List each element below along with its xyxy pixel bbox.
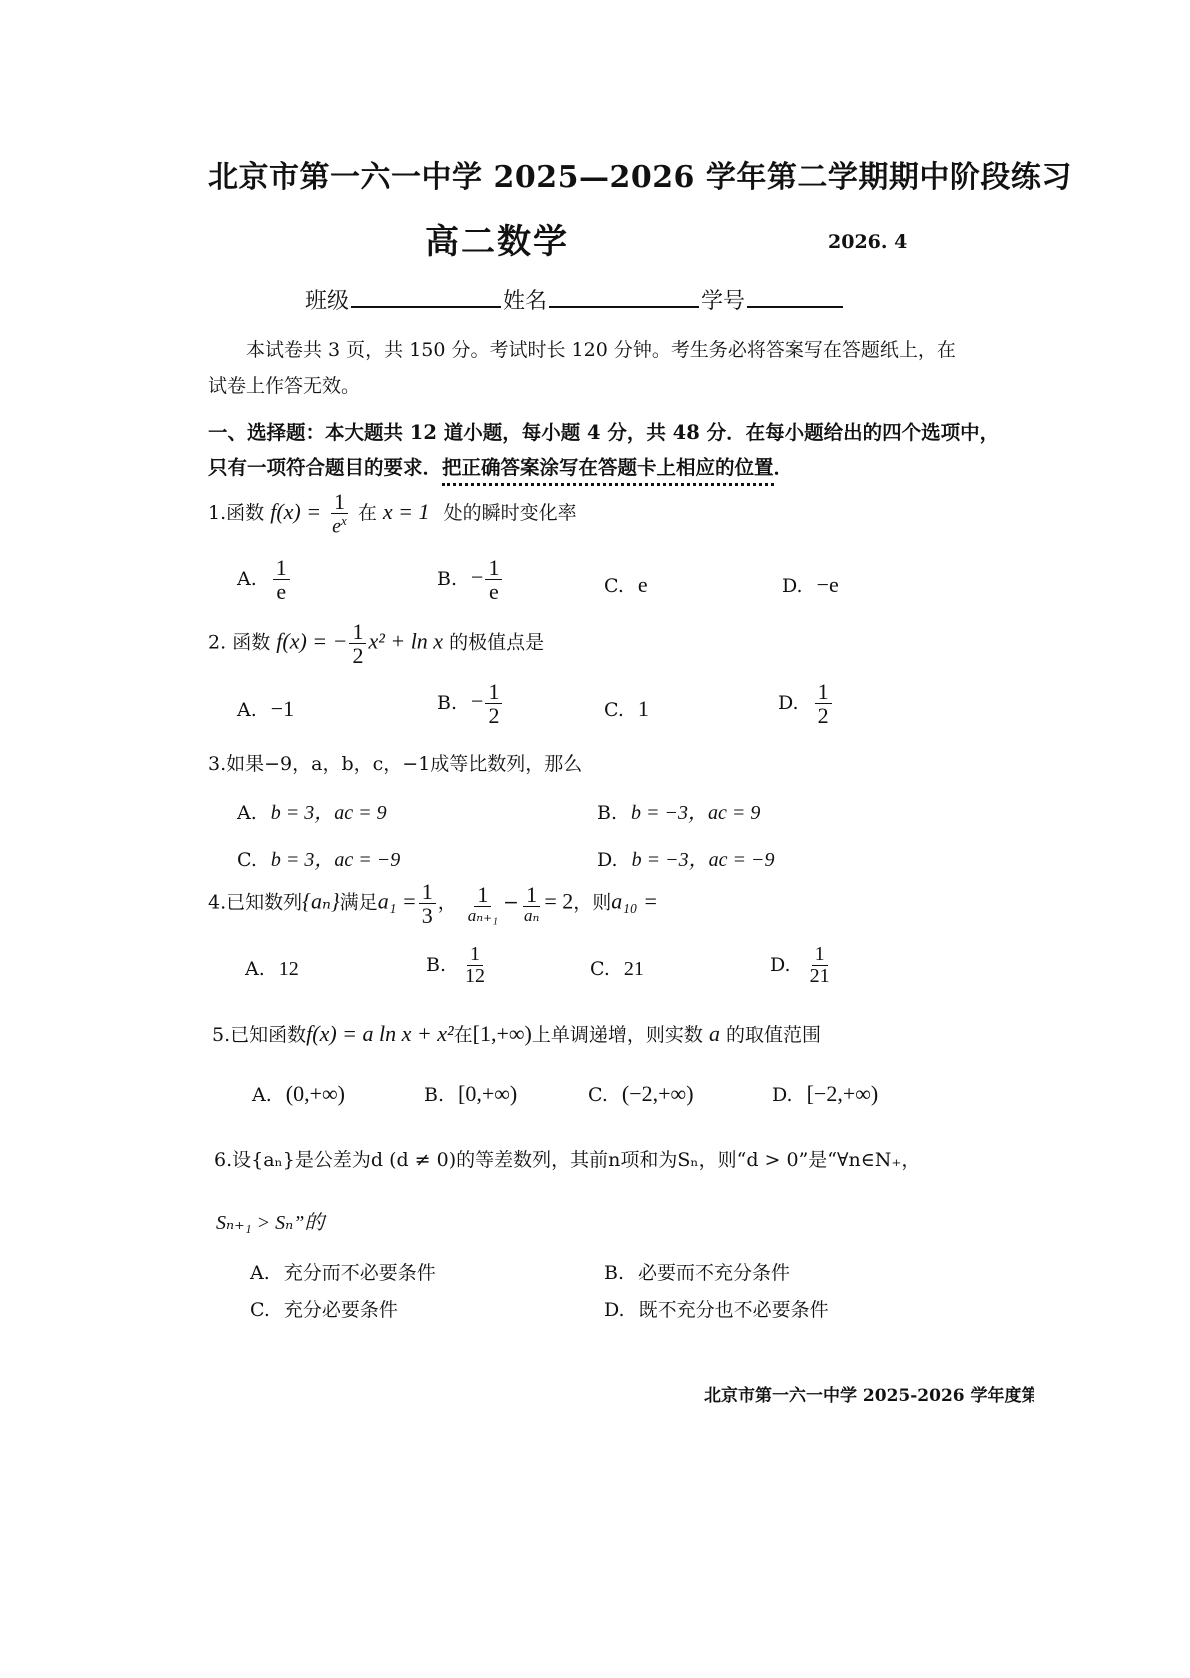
question-1-option-a[interactable]: A.1e: [237, 556, 292, 603]
question-6-stem-line-1: 6.设{aₙ}是公差为d (d ≠ 0)的等差数列，其前n项和为Sₙ，则“d >…: [214, 1145, 920, 1172]
question-3-stem: 3.如果−9，a，b，c，−1成等比数列，那么: [208, 749, 582, 776]
option-label: C.: [250, 1299, 270, 1321]
instructions-line-1: 本试卷共 3 页，共 150 分。考试时长 120 分钟。考生务必将答案写在答题…: [246, 335, 956, 362]
option-label: A.: [245, 958, 265, 980]
question-5-option-b[interactable]: B.[0,+∞): [424, 1081, 517, 1107]
question-1-option-c[interactable]: C.e: [604, 572, 648, 598]
equation: = 2: [544, 889, 573, 914]
question-4-stem: 4.已知数列{aₙ}满足a₁ =13， 1aₙ₊₁−1aₙ= 2，则a₁₀ =: [208, 880, 658, 927]
question-4-option-d[interactable]: D.121: [770, 944, 835, 987]
question-3-option-c[interactable]: C.b = 3，ac = −9: [237, 843, 400, 872]
section-1-period: ．: [774, 456, 794, 479]
class-label: 班级: [305, 289, 349, 314]
question-2-stem: 2. 函数 f(x) = −12x² + ln x 的极值点是: [208, 620, 544, 667]
option-value: b = −3，ac = −9: [632, 849, 775, 871]
option-value: 21: [624, 958, 644, 980]
stem-text: 如果−9，a，b，c，−1成等比数列，那么: [226, 753, 582, 775]
student-info-fields: 班级姓名学号: [305, 284, 845, 315]
fraction: 1aₙ: [521, 883, 542, 925]
fraction: 112: [462, 944, 488, 987]
question-6-option-c[interactable]: C.充分必要条件: [250, 1295, 398, 1322]
option-label: B.: [597, 802, 617, 824]
question-5-option-a[interactable]: A.(0,+∞): [252, 1081, 345, 1107]
option-value: 1: [638, 696, 649, 721]
question-6-option-a[interactable]: A.充分而不必要条件: [250, 1258, 436, 1285]
option-label: C.: [590, 958, 610, 980]
option-value: 12: [279, 958, 299, 980]
option-label: B.: [604, 1262, 624, 1284]
fraction: 1ex: [329, 490, 350, 538]
question-5-stem: 5.已知函数f(x) = a ln x + x²在[1,+∞)上单调递增，则实数…: [212, 1020, 821, 1047]
question-number: 6.: [214, 1149, 232, 1171]
question-3-option-d[interactable]: D.b = −3，ac = −9: [597, 843, 774, 872]
option-value: (0,+∞): [286, 1081, 345, 1106]
fraction: 13: [419, 880, 436, 927]
stem-text: Sₙ₊₁ > Sₙ”的: [216, 1212, 324, 1234]
question-2-option-d[interactable]: D.12: [778, 680, 834, 727]
question-6-option-d[interactable]: D.既不充分也不必要条件: [604, 1295, 829, 1322]
question-number: 2.: [208, 632, 226, 654]
stem-text: 已知函数: [230, 1024, 306, 1046]
option-label: C.: [237, 849, 257, 871]
option-label: D.: [597, 849, 618, 871]
option-label: D.: [772, 1084, 793, 1106]
question-6-stem-line-2: Sₙ₊₁ > Sₙ”的: [216, 1206, 324, 1235]
subject-title: 高二数学: [425, 214, 569, 263]
stem-text: 满足: [340, 892, 378, 914]
variable: a: [709, 1021, 720, 1046]
option-label: A.: [237, 568, 257, 590]
option-label: C.: [588, 1084, 608, 1106]
option-label: D.: [782, 575, 803, 597]
option-label: C.: [604, 699, 624, 721]
minus-sign: −: [471, 565, 483, 590]
id-label: 学号: [701, 289, 745, 314]
instructions-line-2: 试卷上作答无效。: [208, 371, 360, 398]
option-value: −e: [817, 572, 839, 597]
exam-date: 2026. 4: [828, 231, 907, 253]
option-value: −1: [271, 696, 294, 721]
question-3-option-a[interactable]: A.b = 3，ac = 9: [237, 796, 387, 825]
option-label: D.: [778, 692, 799, 714]
page-footer: 北京市第一六一中学 2025-2026 学年度第二学期: [704, 1381, 1034, 1406]
option-value: 必要而不充分条件: [638, 1262, 790, 1284]
stem-text: 函数: [232, 632, 270, 654]
stem-text: 上单调递增，则实数: [532, 1024, 703, 1046]
stem-text: 处的瞬时变化率: [444, 502, 577, 524]
question-number: 3.: [208, 753, 226, 775]
stem-text: 已知数列: [226, 892, 302, 914]
option-label: B.: [424, 1084, 444, 1106]
option-value: e: [638, 572, 648, 597]
option-label: B.: [426, 954, 446, 976]
option-value: 充分而不必要条件: [284, 1262, 436, 1284]
function-expr: f(x) = a ln x + x²: [306, 1021, 453, 1046]
option-label: C.: [604, 575, 624, 597]
option-label: B.: [437, 692, 457, 714]
option-value: 充分必要条件: [284, 1299, 398, 1321]
fraction: 12: [815, 680, 832, 727]
option-value: (−2,+∞): [622, 1081, 694, 1106]
name-label: 姓名: [503, 289, 547, 314]
stem-text: 的极值点是: [449, 632, 544, 654]
option-value: b = 3，ac = −9: [271, 849, 400, 871]
question-4-option-a[interactable]: A.12: [245, 958, 299, 981]
question-number: 4.: [208, 892, 226, 914]
stem-text: 函数: [226, 502, 264, 524]
section-1-emphasis: 把正确答案涂写在答题卡上相应的位置: [442, 456, 774, 486]
fraction: 1e: [485, 556, 502, 603]
initial-term: a₁ =: [378, 889, 417, 914]
option-value: [−2,+∞): [807, 1081, 879, 1106]
fraction: 12: [349, 620, 366, 667]
section-1-heading-line-2: 只有一项符合题目的要求．把正确答案涂写在答题卡上相应的位置．: [208, 452, 793, 480]
id-blank[interactable]: [747, 305, 843, 308]
class-blank[interactable]: [351, 305, 501, 308]
option-label: D.: [604, 1299, 625, 1321]
question-5-option-c[interactable]: C.(−2,+∞): [588, 1081, 694, 1107]
option-value: 既不充分也不必要条件: [639, 1299, 829, 1321]
stem-text: 在: [358, 502, 377, 524]
condition-expr: x = 1: [383, 499, 430, 524]
option-label: B.: [437, 568, 457, 590]
stem-text: ，则: [573, 892, 611, 914]
option-label: A.: [250, 1262, 270, 1284]
minus-sign: −: [471, 689, 483, 714]
question-3-option-b[interactable]: B.b = −3，ac = 9: [597, 796, 760, 825]
interval: [1,+∞): [473, 1021, 532, 1046]
option-label: A.: [252, 1084, 272, 1106]
stem-text: 设{aₙ}是公差为d (d ≠ 0)的等差数列，其前n项和为Sₙ，则“d > 0…: [232, 1149, 920, 1171]
option-value: b = −3，ac = 9: [631, 802, 760, 824]
stem-text: 的取值范围: [726, 1024, 821, 1046]
function-expr: f(x) = −: [276, 629, 347, 654]
section-1-requirement: 只有一项符合题目的要求．: [208, 456, 442, 479]
fraction: 1aₙ₊₁: [465, 883, 501, 925]
question-6-option-b[interactable]: B.必要而不充分条件: [604, 1258, 790, 1285]
option-label: A.: [237, 802, 257, 824]
function-expr: f(x) =: [270, 499, 321, 524]
exam-title: 北京市第一六一中学 2025—2026 学年第二学期期中阶段练习: [208, 152, 1072, 196]
stem-text: 在: [454, 1024, 473, 1046]
function-expr: x² + ln x: [368, 629, 443, 654]
question-5-option-d[interactable]: D.[−2,+∞): [772, 1081, 878, 1107]
question-number: 5.: [212, 1024, 230, 1046]
question-1-option-d[interactable]: D.−e: [782, 572, 839, 598]
question-1-stem: 1.函数 f(x) = 1ex 在 x = 1 处的瞬时变化率: [208, 490, 577, 538]
name-blank[interactable]: [549, 305, 699, 308]
question-number: 1.: [208, 502, 226, 524]
option-value: b = 3，ac = 9: [271, 802, 387, 824]
question-2-option-a[interactable]: A.−1: [237, 696, 294, 722]
option-label: D.: [770, 954, 791, 976]
fraction: 12: [485, 680, 502, 727]
question-4-option-b[interactable]: B.112: [426, 944, 490, 987]
question-2-option-b[interactable]: B.−12: [437, 680, 504, 727]
option-label: A.: [237, 699, 257, 721]
question-2-option-c[interactable]: C.1: [604, 696, 649, 722]
question-1-option-b[interactable]: B.−1e: [437, 556, 504, 603]
question-4-option-c[interactable]: C.21: [590, 958, 644, 981]
option-value: [0,+∞): [458, 1081, 517, 1106]
target-term: a₁₀ =: [611, 889, 658, 914]
fraction: 121: [807, 944, 833, 987]
section-1-heading-line-1: 一、选择题：本大题共 12 道小题，每小题 4 分，共 48 分．在每小题给出的…: [208, 417, 999, 445]
fraction: 1e: [273, 556, 290, 603]
sequence-expr: {aₙ}: [302, 889, 340, 914]
